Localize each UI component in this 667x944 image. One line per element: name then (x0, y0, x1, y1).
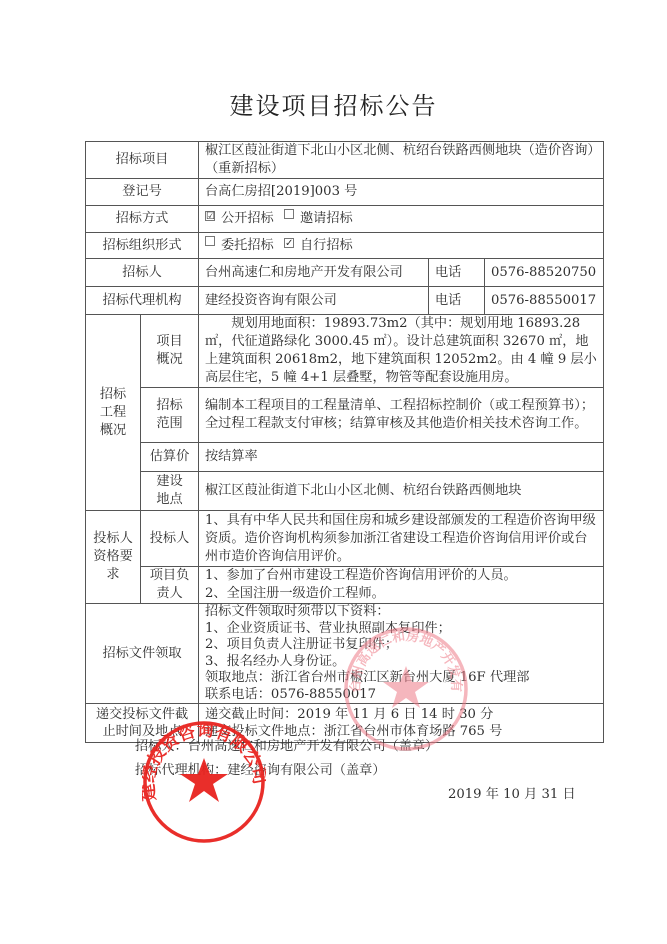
tenderer-phone-label: 电话 (429, 259, 485, 287)
project-overview-label: 项目概况 (141, 315, 199, 388)
estimate-label: 估算价 (141, 443, 199, 472)
checkbox-checked-icon[interactable]: ☑ (205, 211, 215, 221)
option-self-managed-label: 自行招标 (300, 238, 353, 253)
row-project-overview: 招标工程概况 项目概况 规划用地面积：19893.73m2（其中：规划用地 16… (86, 315, 604, 388)
row-registration: 登记号 台高仁房招[2019]003 号 (86, 179, 604, 206)
organization-options: 委托招标 ✓自行招标 (199, 233, 604, 259)
manager-line: 1、参加了台州市建设工程造价咨询信用评价的人员。 (205, 567, 597, 585)
issue-date: 2019 年 10 月 31 日 (448, 783, 576, 802)
documents-line: 2、项目负责人注册证书复印件； (205, 637, 597, 654)
row-method: 招标方式 ☑公开招标 邀请招标 (86, 206, 604, 233)
scope-value: 编制本工程项目的工程量清单、工程招标控制价（或工程预算书）；全过程工程款支付审核… (199, 388, 604, 443)
location-value: 椒江区葭沚街道下北山小区北侧、杭绍台铁路西侧地块 (199, 472, 604, 511)
row-project: 招标项目 椒江区葭沚街道下北山小区北侧、杭绍台铁路西侧地块（造价咨询）（重新招标… (86, 142, 604, 179)
manager-label: 项目负责人 (141, 567, 199, 604)
documents-line: 联系电话：0576-88550017 (205, 687, 597, 704)
project-overview-value: 规划用地面积：19893.73m2（其中：规划用地 16893.28 ㎡，代征道… (199, 315, 604, 388)
registration-label: 登记号 (86, 179, 199, 206)
option-entrusted: 委托招标 (205, 238, 278, 253)
row-bidder-qualification: 投标人资格要求 投标人 1、具有中华人民共和国住房和城乡建设部颁发的工程造价咨询… (86, 511, 604, 567)
tenderer-signature: 招标人：台州高速仁和房地产开发有限公司（盖章） (135, 735, 438, 754)
estimate-value: 按结算率 (199, 443, 604, 472)
submission-deadline: 递交截止时间：2019 年 11 月 6 日 14 时 30 分 (205, 706, 597, 723)
agency-phone: 0576-88550017 (485, 287, 604, 315)
page-title: 建设项目招标公告 (0, 86, 667, 121)
organization-label: 招标组织形式 (86, 233, 199, 259)
row-estimate: 估算价 按结算率 (86, 443, 604, 472)
row-scope: 招标范围 编制本工程项目的工程量清单、工程招标控制价（或工程预算书）；全过程工程… (86, 388, 604, 443)
checkbox-unchecked-icon[interactable] (205, 236, 215, 246)
agency-phone-label: 电话 (429, 287, 485, 315)
overview-group-label: 招标工程概况 (86, 315, 141, 511)
row-documents: 招标文件领取 招标文件领取时须带以下资料： 1、企业资质证书、营业执照副本复印件… (86, 604, 604, 704)
tender-notice-table: 招标项目 椒江区葭沚街道下北山小区北侧、杭绍台铁路西侧地块（造价咨询）（重新招标… (85, 141, 604, 743)
documents-value: 招标文件领取时须带以下资料： 1、企业资质证书、营业执照副本复印件； 2、项目负… (199, 604, 604, 704)
manager-value: 1、参加了台州市建设工程造价咨询信用评价的人员。 2、全国注册一级造价工程师。 (199, 567, 604, 604)
checkbox-unchecked-icon[interactable] (284, 209, 294, 219)
method-label: 招标方式 (86, 206, 199, 233)
qualification-group-label: 投标人资格要求 (86, 511, 141, 604)
bidder-label: 投标人 (141, 511, 199, 567)
documents-line: 1、企业资质证书、营业执照副本复印件； (205, 621, 597, 638)
documents-line: 招标文件领取时须带以下资料： (205, 604, 597, 621)
project-value: 椒江区葭沚街道下北山小区北侧、杭绍台铁路西侧地块（造价咨询）（重新招标） (199, 142, 604, 179)
option-self-managed: ✓自行招标 (284, 238, 353, 253)
tenderer-label: 招标人 (86, 259, 199, 287)
documents-label: 招标文件领取 (86, 604, 199, 704)
row-location: 建设地点 椒江区葭沚街道下北山小区北侧、杭绍台铁路西侧地块 (86, 472, 604, 511)
checkbox-checked-icon[interactable]: ✓ (284, 238, 294, 248)
option-invited-tender-label: 邀请招标 (300, 211, 353, 226)
scope-label: 招标范围 (141, 388, 199, 443)
option-invited-tender: 邀请招标 (284, 211, 353, 226)
agency-signature: 招标代理机构：建经咨询有限公司（盖章） (135, 759, 386, 778)
row-organization: 招标组织形式 委托招标 ✓自行招标 (86, 233, 604, 259)
registration-value: 台高仁房招[2019]003 号 (199, 179, 604, 206)
documents-line: 3、报名经办人身份证。 (205, 654, 597, 671)
project-label: 招标项目 (86, 142, 199, 179)
agency-value: 建经投资咨询有限公司 (199, 287, 429, 315)
tenderer-value: 台州高速仁和房地产开发有限公司 (199, 259, 429, 287)
option-entrusted-label: 委托招标 (221, 238, 274, 253)
location-label: 建设地点 (141, 472, 199, 511)
method-options: ☑公开招标 邀请招标 (199, 206, 604, 233)
row-tenderer: 招标人 台州高速仁和房地产开发有限公司 电话 0576-88520750 (86, 259, 604, 287)
option-open-tender: ☑公开招标 (205, 211, 278, 226)
agency-label: 招标代理机构 (86, 287, 199, 315)
option-open-tender-label: 公开招标 (221, 211, 274, 226)
bidder-value: 1、具有中华人民共和国住房和城乡建设部颁发的工程造价咨询甲级资质。造价咨询机构须… (199, 511, 604, 567)
row-agency: 招标代理机构 建经投资咨询有限公司 电话 0576-88550017 (86, 287, 604, 315)
row-manager-qualification: 项目负责人 1、参加了台州市建设工程造价咨询信用评价的人员。 2、全国注册一级造… (86, 567, 604, 604)
documents-line: 领取地点：浙江省台州市椒江区新台州大厦 16F 代理部 (205, 670, 597, 687)
manager-line: 2、全国注册一级造价工程师。 (205, 585, 597, 603)
tenderer-phone: 0576-88520750 (485, 259, 604, 287)
